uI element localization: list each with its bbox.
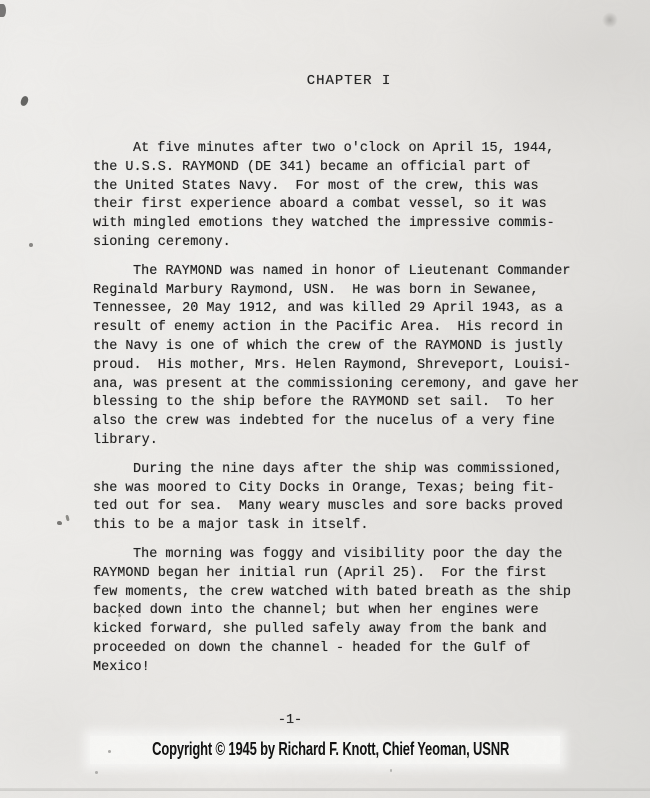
copyright-text: Copyright © 1945 by Richard F. Knott, Ch…	[152, 739, 509, 760]
ink-speck	[57, 521, 62, 525]
scanned-document-page: CHAPTER I At five minutes after two o'cl…	[0, 0, 650, 798]
page-number: -1-	[0, 713, 615, 728]
scan-edge-line	[0, 788, 650, 791]
smudge	[602, 12, 618, 28]
paragraph: The RAYMOND was named in honor of Lieute…	[93, 263, 593, 451]
paragraph: During the nine days after the ship was …	[93, 461, 593, 536]
ink-speck	[20, 95, 29, 106]
ink-speck	[390, 769, 392, 772]
ink-speck	[0, 4, 6, 17]
ink-speck	[95, 771, 98, 774]
paragraph: The morning was foggy and visibility poo…	[93, 546, 593, 678]
copyright-notice: Copyright © 1945 by Richard F. Knott, Ch…	[0, 739, 650, 760]
chapter-heading: CHAPTER I	[24, 73, 650, 89]
paragraph: At five minutes after two o'clock on Apr…	[93, 140, 593, 253]
ink-speck	[65, 515, 69, 522]
body-text: At five minutes after two o'clock on Apr…	[93, 140, 593, 688]
ink-speck	[29, 243, 33, 247]
